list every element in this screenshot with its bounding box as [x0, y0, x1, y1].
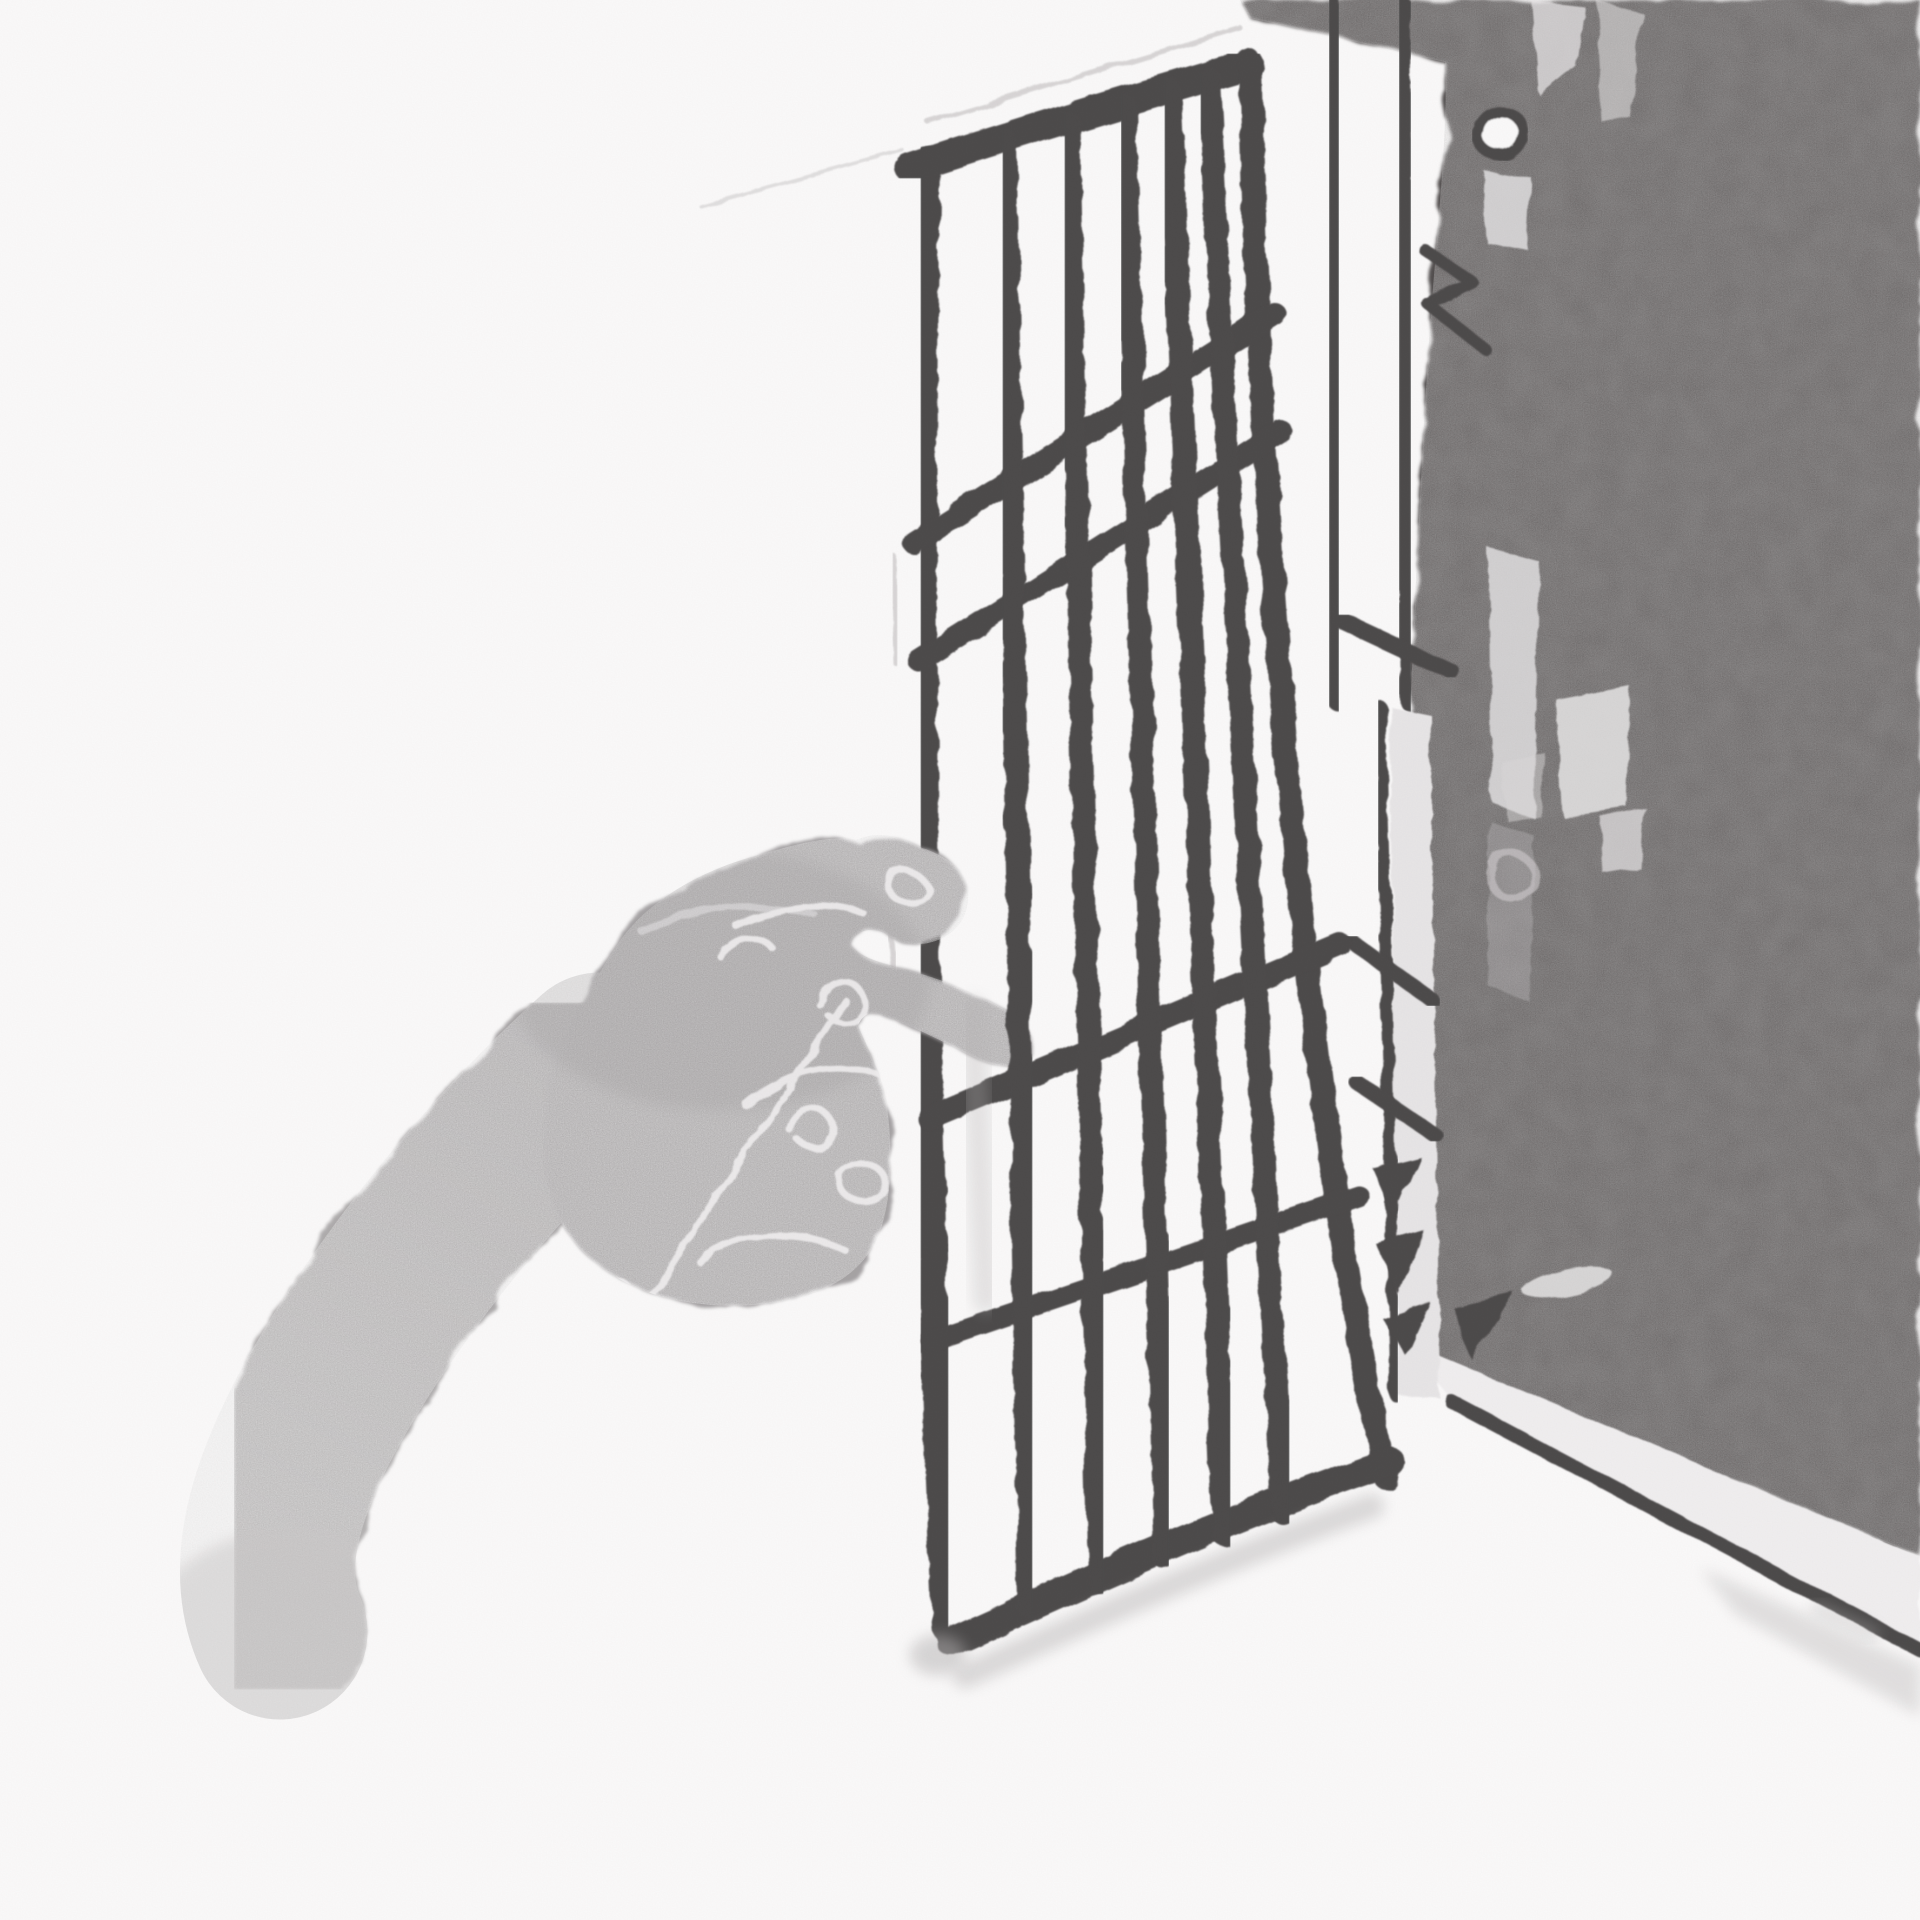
sketch-canvas: Pencil sketch - hand reaching toward an … [0, 0, 1920, 1920]
paper-grain-overlay [0, 0, 1920, 1920]
pencil-sketch-scene: Pencil sketch - hand reaching toward an … [0, 0, 1920, 1920]
